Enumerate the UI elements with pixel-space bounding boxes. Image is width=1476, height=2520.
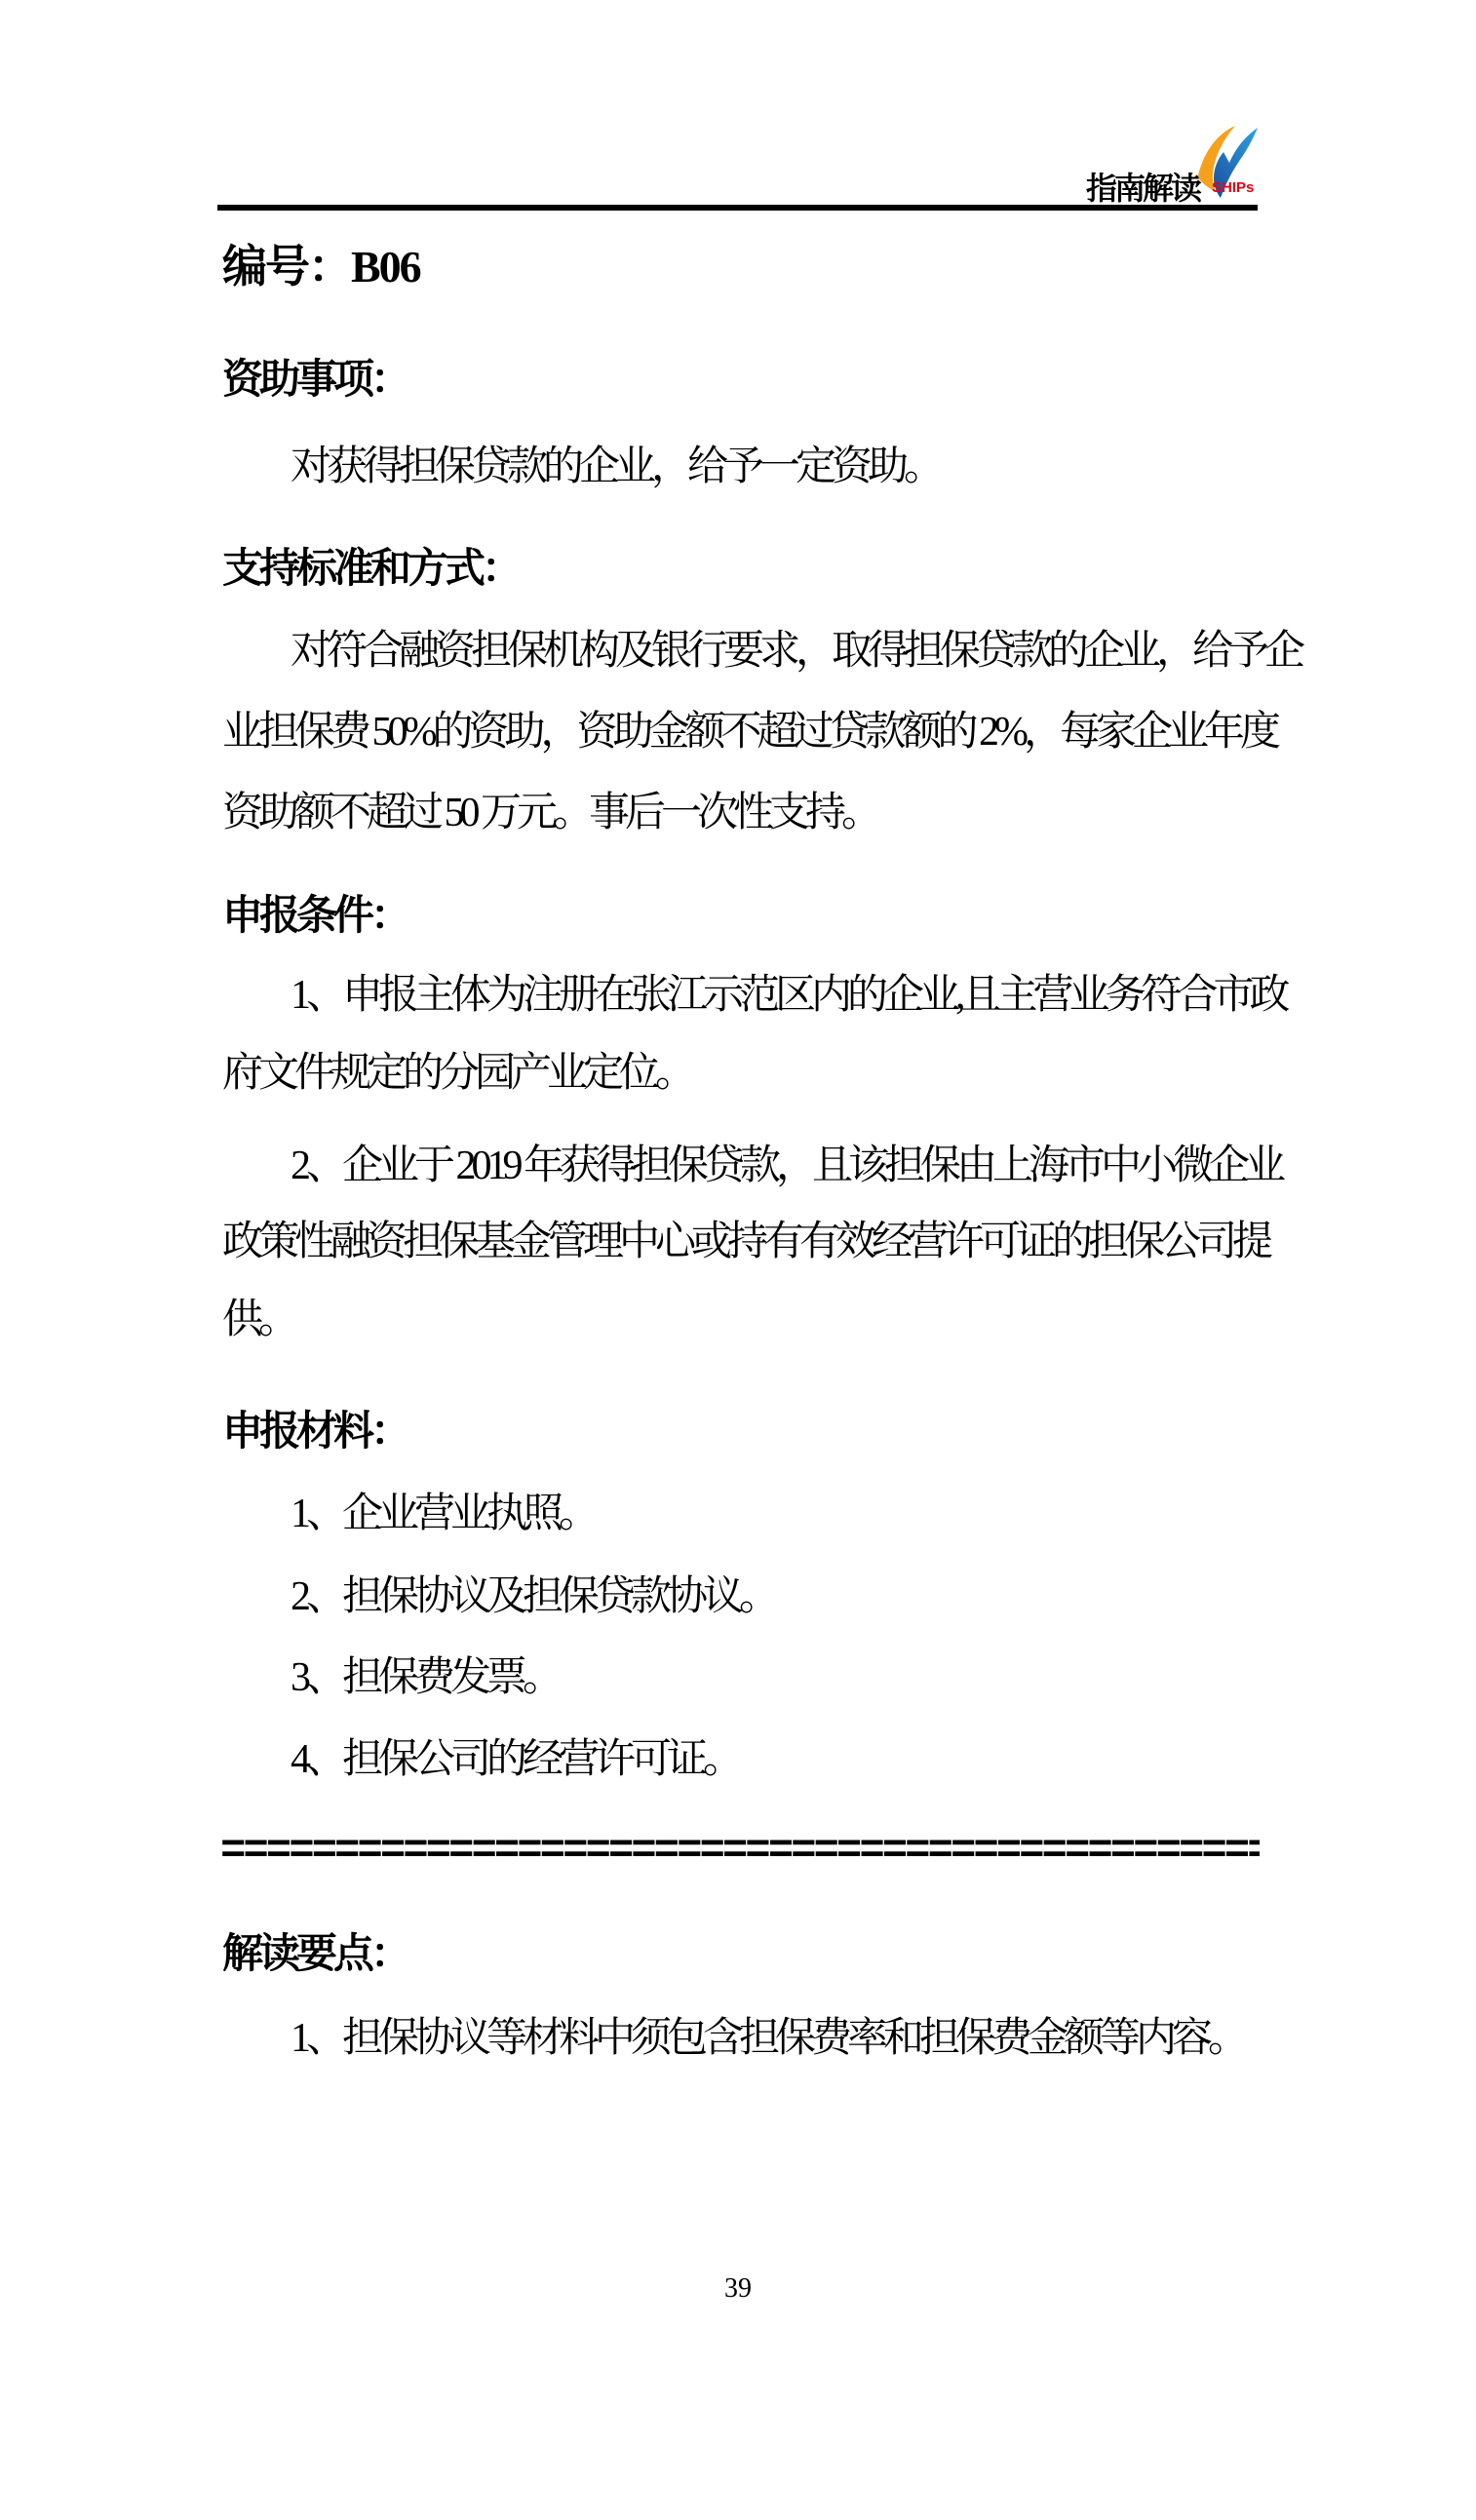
funding-paragraph-line: 对获得担保贷款的企业，给予一定资助。 bbox=[291, 443, 940, 491]
section-heading-support: 支持标准和方式： bbox=[222, 544, 519, 593]
support-paragraph-line-2: 业担保费 50%的资助，资助金额不超过贷款额的 2%，每家企业年度 bbox=[222, 708, 1276, 756]
support-paragraph-line-3: 资助额不超过 50 万元。事后一次性支持。 bbox=[222, 789, 877, 837]
logo-ships-label: SHIPs bbox=[1212, 179, 1254, 196]
equals-separator: ========================================… bbox=[220, 1827, 1260, 1876]
section-heading-conditions: 申报条件： bbox=[222, 891, 408, 940]
materials-item-3: 3、担保费发票。 bbox=[291, 1653, 559, 1702]
brand-title: 指南解读 bbox=[1086, 164, 1199, 209]
page-number: 39 bbox=[0, 2273, 1476, 2305]
section-heading-notes: 解读要点： bbox=[222, 1929, 408, 1978]
materials-item-2: 2、担保协议及担保贷款协议。 bbox=[291, 1572, 775, 1621]
support-paragraph-line-1: 对符合融资担保机构及银行要求，取得担保贷款的企业，给予企 bbox=[291, 627, 1301, 676]
document-page: 指南解读 SHIPs 编号：B06 资助事项： 对获得担保贷款的企业，给予一定资… bbox=[0, 0, 1476, 2520]
conditions-item2-line-3: 供。 bbox=[222, 1296, 294, 1344]
conditions-item2-line-1: 2、企业于 2019 年获得担保贷款，且该担保由上海市中小微企业 bbox=[291, 1142, 1281, 1190]
materials-item-4: 4、担保公司的经营许可证。 bbox=[291, 1735, 739, 1784]
notes-item-1: 1、担保协议等材料中须包含担保费率和担保费金额等内容。 bbox=[291, 2014, 1244, 2063]
conditions-item1-line-2: 府文件规定的分园产业定位。 bbox=[222, 1049, 691, 1098]
materials-item-1: 1、企业营业执照。 bbox=[291, 1490, 595, 1538]
conditions-item2-line-2: 政策性融资担保基金管理中心或持有有效经营许可证的担保公司提 bbox=[222, 1218, 1268, 1266]
section-heading-funding: 资助事项： bbox=[222, 355, 408, 404]
doc-number: 编号：B06 bbox=[222, 240, 420, 293]
conditions-item1-line-1: 1、申报主体为注册在张江示范区内的企业,且主营业务符合市政 bbox=[291, 971, 1286, 1020]
header-rule bbox=[217, 205, 1258, 211]
section-heading-materials: 申报材料： bbox=[222, 1407, 408, 1455]
